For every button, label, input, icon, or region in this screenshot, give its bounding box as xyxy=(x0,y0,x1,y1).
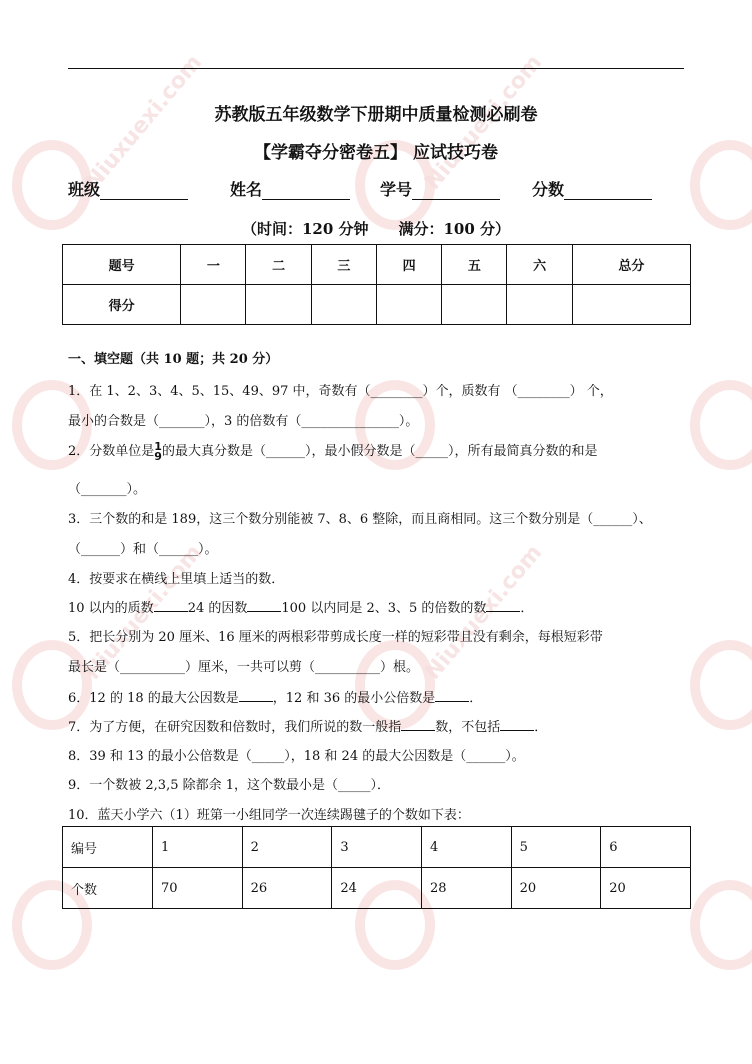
score-field[interactable]: 分数 xyxy=(532,177,652,200)
table-cell: 总分 xyxy=(572,245,690,285)
question-4: 4．按要求在横线上里填上适当的数． xyxy=(68,568,284,587)
table-cell: 一 xyxy=(181,245,246,285)
score-cell[interactable] xyxy=(507,285,572,325)
score-cell[interactable] xyxy=(311,285,376,325)
question-5-line-2: 最长是（__________）厘米，一共可以剪（__________）根。 xyxy=(68,656,419,675)
header-rule xyxy=(68,68,684,69)
shuttlecock-data-table: 编号 1 2 3 4 5 6 个数 70 26 24 28 20 20 xyxy=(62,826,691,909)
question-3-line-2: （______）和（______）。 xyxy=(68,538,218,557)
answer-blank[interactable] xyxy=(486,599,520,612)
table-cell: 个数 xyxy=(63,868,153,909)
page-subtitle: 【学霸夺分密卷五】 应试技巧卷 xyxy=(0,138,752,163)
table-row: 得分 xyxy=(63,285,691,325)
time-info: （时间：120 分钟 满分：100 分） xyxy=(0,218,752,239)
table-cell: 3 xyxy=(332,827,422,868)
question-9: 9．一个数被 2,3,5 除都余 1，这个数最小是（_____）． xyxy=(68,774,390,793)
table-cell: 1 xyxy=(153,827,243,868)
table-cell: 70 xyxy=(153,868,243,909)
fraction: 19 xyxy=(154,442,162,462)
table-cell: 4 xyxy=(421,827,511,868)
answer-blank[interactable] xyxy=(154,599,188,612)
answer-blank[interactable] xyxy=(239,689,273,702)
table-cell: 三 xyxy=(311,245,376,285)
question-5-line-1: 5．把长分别为 20 厘米、16 厘米的两根彩带剪成长度一样的短彩带且没有剩余，… xyxy=(68,626,603,645)
question-1-line-1: 1．在 1、2、3、4、5、15、49、97 中，奇数有（________）个，… xyxy=(68,380,613,399)
class-blank[interactable] xyxy=(100,183,188,200)
watermark-logo-icon xyxy=(690,380,752,470)
watermark-logo-icon xyxy=(690,640,752,730)
table-cell: 2 xyxy=(242,827,332,868)
question-2-line-2: （_______）。 xyxy=(68,478,146,497)
name-field[interactable]: 姓名 xyxy=(230,177,350,200)
score-cell[interactable] xyxy=(572,285,690,325)
question-2: 2．分数单位是19的最大真分数是（______），最小假分数是（_____），所… xyxy=(68,440,597,462)
score-cell[interactable] xyxy=(246,285,311,325)
table-row: 个数 70 26 24 28 20 20 xyxy=(63,868,691,909)
table-cell: 编号 xyxy=(63,827,153,868)
table-cell: 六 xyxy=(507,245,572,285)
table-cell: 二 xyxy=(246,245,311,285)
question-8: 8．39 和 13 的最小公倍数是（_____），18 和 24 的最大公因数是… xyxy=(68,745,525,764)
name-blank[interactable] xyxy=(262,183,350,200)
table-cell: 24 xyxy=(332,868,422,909)
table-cell: 得分 xyxy=(63,285,181,325)
question-7: 7．为了方便，在研究因数和倍数时，我们所说的数一般指数，不包括． xyxy=(68,716,547,735)
table-cell: 26 xyxy=(242,868,332,909)
table-cell: 题号 xyxy=(63,245,181,285)
table-cell: 6 xyxy=(601,827,691,868)
table-cell: 28 xyxy=(421,868,511,909)
score-blank[interactable] xyxy=(564,183,652,200)
score-table: 题号 一 二 三 四 五 六 总分 得分 xyxy=(62,244,691,325)
table-cell: 五 xyxy=(442,245,507,285)
table-cell: 四 xyxy=(376,245,441,285)
table-row: 编号 1 2 3 4 5 6 xyxy=(63,827,691,868)
answer-blank[interactable] xyxy=(247,599,281,612)
answer-blank[interactable] xyxy=(401,718,435,731)
student-id-blank[interactable] xyxy=(412,183,500,200)
table-row: 题号 一 二 三 四 五 六 总分 xyxy=(63,245,691,285)
question-3-line-1: 3．三个数的和是 189，这三个数分别能被 7、8、6 整除，而且商相同。这三个… xyxy=(68,508,652,527)
watermark-logo-icon xyxy=(690,880,752,970)
question-6: 6．12 的 18 的最大公因数是，12 和 36 的最小公倍数是． xyxy=(68,687,482,706)
answer-blank[interactable] xyxy=(435,689,469,702)
table-cell: 5 xyxy=(511,827,601,868)
question-1-line-2: 最小的合数是（_______），3 的倍数有（_______________）。 xyxy=(68,410,418,429)
class-field[interactable]: 班级 xyxy=(68,177,188,200)
question-4-blanks: 10 以内的质数24 的因数100 以内同是 2、3、5 的倍数的数． xyxy=(68,597,533,616)
page-title: 苏教版五年级数学下册期中质量检测必刷卷 xyxy=(0,100,752,125)
section-title: 一、填空题（共 10 题；共 20 分） xyxy=(68,348,278,367)
score-cell[interactable] xyxy=(181,285,246,325)
score-cell[interactable] xyxy=(376,285,441,325)
score-cell[interactable] xyxy=(442,285,507,325)
student-id-field[interactable]: 学号 xyxy=(380,177,500,200)
answer-blank[interactable] xyxy=(500,718,534,731)
question-10: 10．蓝天小学六（1）班第一小组同学一次连续踢毽子的个数如下表： xyxy=(68,804,470,823)
table-cell: 20 xyxy=(511,868,601,909)
table-cell: 20 xyxy=(601,868,691,909)
